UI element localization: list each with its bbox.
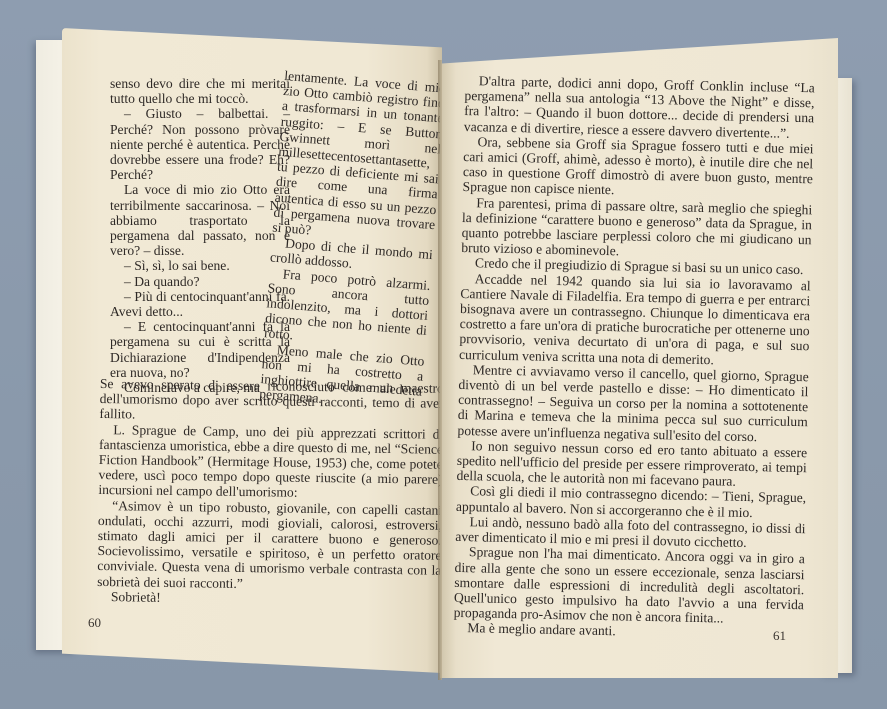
quotation: “Asimov è un tipo robusto, giovanile, co…: [97, 498, 442, 594]
paragraph: Sprague non l'ha mai dimenticato. Ancora…: [454, 544, 806, 627]
paragraph: – Sì, sì, lo sai bene.: [110, 258, 290, 273]
paragraph: – Più di centocinquant'anni fa. Avevi de…: [110, 289, 290, 319]
paragraph: senso devo dire che mi meritai tutto que…: [110, 76, 290, 106]
paragraph: La voce di mio zio Otto era terribilment…: [110, 182, 290, 258]
paragraph: D'altra parte, dodici anni dopo, Groff C…: [464, 73, 815, 141]
paragraph: Se avevo sperato di essere riconosciuto …: [99, 376, 442, 426]
paragraph: Ora, sebbene sia Groff sia Sprague fosse…: [462, 134, 813, 202]
paragraph: Fra poco potrò alzarmi. Sono ancora tutt…: [264, 265, 431, 353]
paragraph: Mentre ci avviavamo verso il cancello, q…: [457, 362, 809, 445]
page-number: 60: [88, 615, 101, 631]
left-page-column-b: lentamente. La voce di mio zio Otto camb…: [259, 68, 442, 414]
paragraph: Accadde nel 1942 quando sia lui sia io l…: [459, 271, 811, 370]
paragraph: lentamente. La voce di mio zio Otto camb…: [272, 68, 442, 247]
paragraph: Fra parentesi, prima di passare oltre, s…: [461, 195, 812, 263]
page-number: 61: [773, 628, 786, 644]
paragraph: – Da quando?: [110, 274, 290, 289]
right-page-body: D'altra parte, dodici anni dopo, Groff C…: [453, 73, 815, 643]
book-spine-gutter: [438, 60, 442, 680]
right-page: D'altra parte, dodici anni dopo, Groff C…: [440, 38, 838, 678]
paragraph: Io non seguivo nessun corso ed ero tanto…: [456, 438, 807, 491]
paragraph: – Giusto – balbettai. – Perché? Non poss…: [110, 106, 290, 182]
paragraph: L. Sprague de Camp, uno dei più apprezza…: [98, 422, 442, 503]
left-page-afterword: Se avevo sperato di essere riconosciuto …: [97, 376, 442, 609]
left-page: senso devo dire che mi meritai tutto que…: [62, 28, 442, 673]
